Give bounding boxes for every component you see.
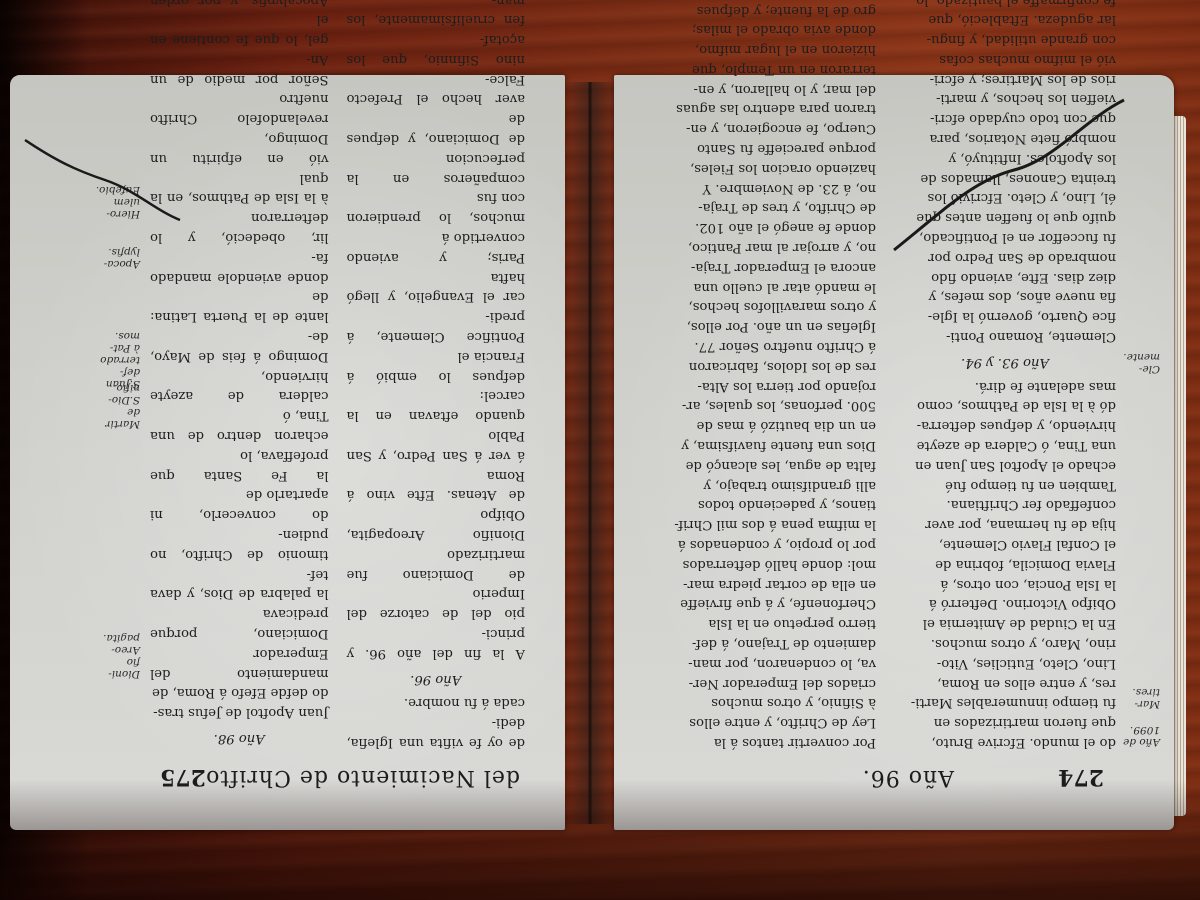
text-line: vió el mifmo muchas cofas (894, 49, 1116, 69)
text-line: hija de fu hermana, por aver (894, 514, 1116, 534)
text-line: Lino, Cleto, Euticlies, Vito- (894, 653, 1116, 673)
text-line: damiento de Trajano, á def- (654, 633, 876, 653)
text-line: Paris; y aviendo convertido á (347, 227, 526, 267)
text-line: dó à la Isla de Pathmos, como (894, 396, 1116, 416)
text-line: do defde Efefo á Roma, de (150, 683, 329, 703)
text-column-2: Año 98.Juan Apoftol de Jefus tras-do def… (150, 0, 329, 752)
text-line: cada á fu nombre. (347, 693, 526, 713)
text-line: en un dia bautizó á mas de (654, 415, 876, 435)
text-column-2: Por convertir tantos á laLey de Chrifto,… (654, 0, 876, 752)
text-line: porque parecieffe fu Santo (654, 138, 876, 158)
text-line: gel, lo que fe contiene en el (150, 10, 329, 50)
text-line: los Apoftoles. Inftituyó, y (894, 148, 1116, 168)
margin-note: Dioni-fio Areo-pagita. (100, 632, 140, 680)
text-line: quando eftavan en la carcel: (347, 386, 526, 426)
text-line: en ella de cortar piedra mar- (654, 574, 876, 594)
text-line: hirviendo, y defpues defterra- (894, 415, 1116, 435)
text-line: mol: donde halló defterrados (654, 554, 876, 574)
text-line: Juan Apoftol de Jefus tras- (150, 702, 329, 722)
text-line: car el Evangelio, y llegó hafta (347, 267, 526, 307)
text-line: Señor por medio de un An- (150, 49, 329, 89)
text-line: haziendo oracion los Fieles, (654, 158, 876, 178)
text-line: do convecerlo, ni apartarlo de (150, 485, 329, 525)
text-line: Pontifice Clemente, á predi- (347, 306, 526, 346)
text-line: fice Quarto, governó la Igle- (894, 306, 1116, 326)
text-line: treinta Canones, llamados de (894, 168, 1116, 188)
text-line: Domiciano, porque predicava (150, 603, 329, 643)
text-line: de oy fe vifita una Iglefia, dedi- (347, 712, 526, 752)
text-line: nino Sifinnio, que los açotaf- (347, 29, 526, 69)
text-line: la palabra de Dios, y dava tef- (150, 564, 329, 604)
text-line: compañeros en la perfecucion (347, 148, 526, 188)
text-line: terraron en un Templo, que (654, 59, 876, 79)
text-line: rios de los Martires; y efcri- (894, 69, 1116, 89)
text-line: rino, Maro, y otros muchos. (894, 633, 1116, 653)
text-line: de Atenas. Efte vino á Roma (347, 465, 526, 505)
text-line: Cherfonenfe, y á que firvieffe (654, 594, 876, 614)
text-line: Dionifio Areopagita, Obifpo (347, 504, 526, 544)
text-line: à Sifinio, y otros muchos (654, 693, 876, 713)
text-line: le mandó atar al cuello una (654, 277, 876, 297)
text-line: vió en efpiritu un Domingo, (150, 128, 329, 168)
text-line: pio del de catorze del Imperio (347, 584, 526, 624)
text-line: tianos, y padeciendo todos (654, 495, 876, 515)
text-line: donde fe anegó el año 102. (654, 217, 876, 237)
text-line: 500. perfonas, los quales, ar- (654, 396, 876, 416)
text-line: del mar, y lo hallaron, y en- (654, 79, 876, 99)
text-line: de Domiciano fue martirizado (347, 544, 526, 584)
text-line: timonio de Chrifto, no pudien- (150, 524, 329, 564)
text-line: Cuerpo, fe encogieron, y en- (654, 119, 876, 139)
text-line: caldera de azeyte hirviendo, (150, 366, 329, 406)
text-line: nombrado de San Pedro por (894, 247, 1116, 267)
dark-vignette-bottom (0, 780, 1200, 900)
text-line: el Confal Flavio Clemente, (894, 534, 1116, 554)
text-line: falta de agua, les alcançó de (654, 455, 876, 475)
text-line: no, á 23. de Noviembre. Y (654, 178, 876, 198)
text-line: Tambien en fu tiempo fué (894, 475, 1116, 495)
text-line: fen cruelifsimamente, los man- (347, 0, 526, 29)
text-line: no, y arrojar al mar Pantico, (654, 237, 876, 257)
text-line: hizieron en el lugar mifmo, (654, 39, 876, 59)
margin-note: Cle-mente. (1120, 351, 1160, 375)
text-line: mas adelante fe dirá. (894, 376, 1116, 396)
margin-note: Mar-tires. (1120, 686, 1160, 710)
text-line: Por convertir tantos á la (654, 732, 876, 752)
text-line: de Chrifto, y tres de Traja- (654, 198, 876, 218)
text-line: aver hecho el Prefecto Falce- (347, 69, 526, 109)
margin-note: Apoca-lypfis. (100, 246, 140, 270)
text-column-1: do el mundo. Efcrive Bruto,que fueron ma… (894, 0, 1116, 752)
page-274: 274 Año 96. Año de 1099. Mar-tires. Cle-… (614, 75, 1174, 830)
text-line: lir, obedeció, y lo defterraron (150, 207, 329, 247)
text-line: res, y entre ellos en Roma, (894, 673, 1116, 693)
text-line: ancora el Emperador Traja- (654, 257, 876, 277)
text-line: Iglefias en un año. Por ellos, (654, 316, 876, 336)
text-line: á Chrifto nueftro Señor 77. (654, 336, 876, 356)
text-line: y otros maravillofos hechos, (654, 297, 876, 317)
text-line: donde aviendole mandado fa- (150, 247, 329, 287)
text-line: va, lo condenaron, por man- (654, 653, 876, 673)
text-line: la Isla Poncia, con otros, á (894, 574, 1116, 594)
margin-note: S.Juan def-terrado à Pat-mos. (100, 330, 140, 390)
section-heading: Año 96. (347, 669, 526, 689)
text-line: rojando por tierra los Alta- (654, 376, 876, 396)
text-line: fu fucceffor en el Pontificado, (894, 227, 1116, 247)
text-columns: de oy fe vifita una Iglefia, dedi-cada á… (150, 0, 525, 752)
text-line: Obifpo Victorino. Defterró á (894, 594, 1116, 614)
text-line: que con todo cuydado efcri- (894, 109, 1116, 129)
text-line: él, Lino, y Cleto. Efcrivió los (894, 188, 1116, 208)
text-line: res de los Idolos, fabricaron (654, 356, 876, 376)
text-line: mandamiento del Emperador (150, 643, 329, 683)
text-line: Flavia Domicila, fobrina de (894, 554, 1116, 574)
open-book-spread: 274 Año 96. Año de 1099. Mar-tires. Cle-… (0, 75, 1190, 830)
text-column-1: de oy fe vifita una Iglefia, dedi-cada á… (347, 0, 526, 752)
text-line: En la Ciudad de Amiternia el (894, 613, 1116, 633)
text-line: con grande utilidad, y fingu- (894, 29, 1116, 49)
text-line: confeffado fer Chriftiana. (894, 495, 1116, 515)
section-heading: Año 98. (150, 728, 329, 748)
margin-note: Año de 1099. (1120, 724, 1160, 748)
text-line: una Tina, ó Caldera de azeyte (894, 435, 1116, 455)
text-line: fu tiempo innumerables Marti- (894, 693, 1116, 713)
text-line: lar agudeza. Eftableció, que (894, 10, 1116, 30)
text-line: muchos, lo prendieron con fus (347, 188, 526, 228)
text-line: Apocalypfis, y por orden fuya (150, 0, 329, 10)
text-line: lante de la Puerta Latina: de (150, 287, 329, 327)
text-line: que fueron martirizados en (894, 712, 1116, 732)
text-line: gro de la fuente; y defpues (654, 0, 876, 20)
text-line: de Domiciano, y defpues de (347, 109, 526, 149)
text-line: Ley de Chrifto, y entre ellos (654, 712, 876, 732)
margin-note: Hiero-ulem Eufebio. (100, 184, 140, 220)
text-line: do el mundo. Efcrive Bruto, (894, 732, 1116, 752)
text-line: vieffen los hechos, y marti- (894, 89, 1116, 109)
text-line: echaron dentro de una Tina, ó (150, 405, 329, 445)
text-line: diez dias. Efte, aviendo fido (894, 267, 1116, 287)
book-gutter (565, 82, 615, 824)
text-line: donde avia obrado el milas; (654, 20, 876, 40)
section-heading: Año 93. y 94. (894, 352, 1116, 372)
text-columns: do el mundo. Efcrive Bruto,que fueron ma… (654, 0, 1116, 752)
text-line: à la Isla de Pathmos, en la qual (150, 168, 329, 208)
text-line: quifo que lo fueffen antes que (894, 207, 1116, 227)
page-275: del Nacimiento de Chrifto. 275 Dioni-fio… (10, 75, 565, 830)
text-line: Dios una fuente fuavifsima, y (654, 435, 876, 455)
text-line: Domingo á feis de Mayo, de- (150, 326, 329, 366)
text-line: traron para adentro las aguas (654, 99, 876, 119)
text-line: á ver á San Pedro, y San Pablo (347, 425, 526, 465)
text-line: criados del Emperador Ner- (654, 673, 876, 693)
text-line: fia nueve años, dos mefes, y (894, 287, 1116, 307)
text-line: la mifma pena á dos mil Chrif- (654, 514, 876, 534)
text-line: tierro perpetuo en la Isla (654, 613, 876, 633)
text-line: alli grandifsimo trabajo, y (654, 475, 876, 495)
text-line: A la fin del año 96. y princi- (347, 623, 526, 663)
text-line: la Fe Santa que profeffava, lo (150, 445, 329, 485)
text-line: Clemente, Romano Ponti- (894, 326, 1116, 346)
text-line: defpues lo embió á Francia el (347, 346, 526, 386)
text-line: por lo propio, y condenados á (654, 534, 876, 554)
text-line: nombró fiete Notarios, para (894, 128, 1116, 148)
text-line: revelandofelo Chrifto nueftro (150, 89, 329, 129)
text-line: echado el Apoftol San Juan en (894, 455, 1116, 475)
text-line: fe confirmaffe el bautizado, lo (894, 0, 1116, 10)
